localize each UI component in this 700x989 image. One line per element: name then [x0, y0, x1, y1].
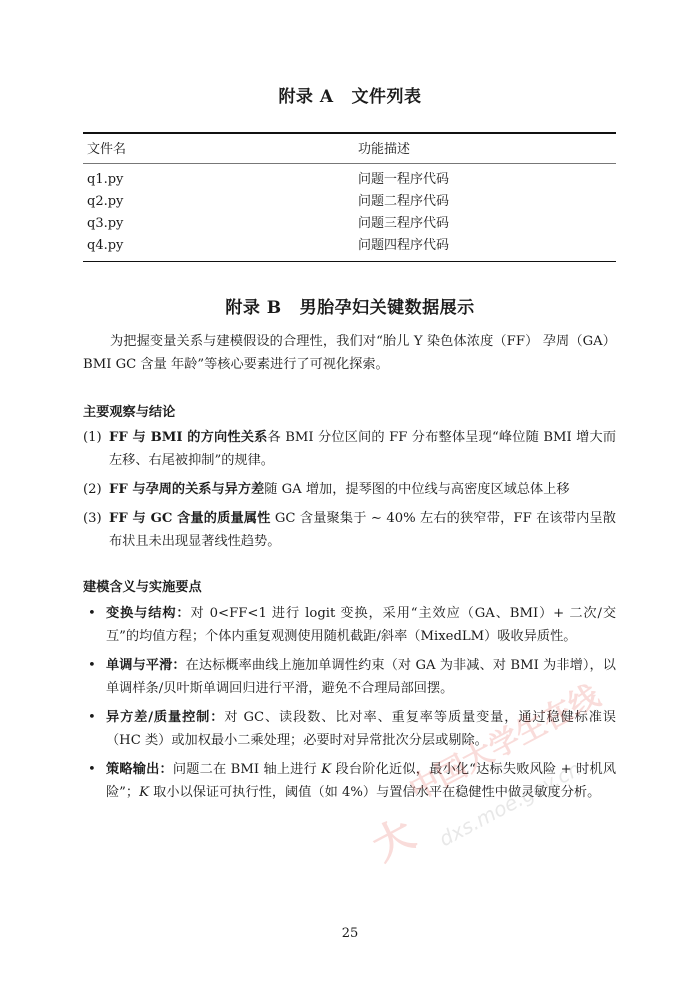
- appendix-a-title: 附录 A文件列表: [0, 82, 700, 107]
- appendix-a-label: 附录 A: [278, 87, 333, 107]
- item-text: 问题二在 BMI 轴上进行: [173, 762, 321, 777]
- cell-description: 问题二程序代码: [358, 191, 616, 213]
- file-list-table: 文件名 功能描述 q1.py 问题一程序代码 q2.py 问题二程序代码 q3.…: [83, 132, 616, 262]
- math-k: K: [139, 785, 149, 800]
- implication-item: • 异方差/质量控制：对 GC、读段数、比对率、重复率等质量变量，通过稳健标准误…: [88, 706, 616, 752]
- implication-item: • 单调与平滑：在达标概率曲线上施加单调性约束（对 GA 为非减、对 BMI 为…: [88, 654, 616, 700]
- observation-item: (3) FF 与 GC 含量的质量属性 GC 含量聚集于 ∼ 40% 左右的狭窄…: [83, 507, 616, 553]
- item-number: (3): [83, 507, 109, 553]
- implications-heading: 建模含义与实施要点: [83, 576, 202, 595]
- cell-description: 问题一程序代码: [358, 169, 616, 191]
- item-bold-lead: 异方差/质量控制：: [106, 710, 224, 725]
- item-bold-lead: FF 与孕周的关系与异方差: [109, 482, 264, 497]
- table-row: q2.py 问题二程序代码: [83, 191, 616, 213]
- observation-item: (2) FF 与孕周的关系与异方差随 GA 增加，提琴图的中位线与高密度区域总体…: [83, 478, 616, 501]
- page-number: 25: [0, 926, 700, 941]
- cell-filename: q1.py: [83, 169, 358, 191]
- item-number: (1): [83, 426, 109, 472]
- header-filename: 文件名: [83, 134, 358, 163]
- bullet-icon: •: [88, 706, 106, 752]
- bullet-icon: •: [88, 758, 106, 804]
- table-bottom-rule: [83, 261, 616, 263]
- cell-filename: q4.py: [83, 235, 358, 257]
- item-bold-lead: 策略输出：: [106, 762, 173, 777]
- item-bold-lead: 单调与平滑：: [106, 658, 186, 673]
- implications-list: • 变换与结构：对 0<FF<1 进行 logit 变换，采用“主效应（GA、B…: [88, 602, 616, 810]
- table-header-row: 文件名 功能描述: [83, 134, 616, 163]
- observations-list: (1) FF 与 BMI 的方向性关系各 BMI 分位区间的 FF 分布整体呈现…: [83, 426, 616, 559]
- item-bold-lead: FF 与 BMI 的方向性关系: [109, 430, 267, 445]
- cell-description: 问题三程序代码: [358, 213, 616, 235]
- item-number: (2): [83, 478, 109, 501]
- cell-description: 问题四程序代码: [358, 235, 616, 257]
- item-bold-lead: FF 与 GC 含量的质量属性: [109, 511, 271, 526]
- observations-heading: 主要观察与结论: [83, 401, 175, 420]
- cell-filename: q2.py: [83, 191, 358, 213]
- appendix-b-title: 附录 B男胎孕妇关键数据展示: [0, 293, 700, 318]
- header-description: 功能描述: [358, 134, 616, 163]
- table-row: q4.py 问题四程序代码: [83, 235, 616, 257]
- math-k: K: [321, 762, 331, 777]
- implication-item: • 变换与结构：对 0<FF<1 进行 logit 变换，采用“主效应（GA、B…: [88, 602, 616, 648]
- appendix-b-label: 附录 B: [225, 298, 281, 318]
- watermark-logo-icon: 大: [361, 803, 415, 857]
- intro-paragraph: 为把握变量关系与建模假设的合理性，我们对“胎儿 Y 染色体浓度（FF） 孕周（G…: [83, 330, 616, 376]
- table-row: q3.py 问题三程序代码: [83, 213, 616, 235]
- appendix-b-heading: 男胎孕妇关键数据展示: [300, 298, 475, 318]
- appendix-a-heading: 文件列表: [352, 87, 422, 107]
- bullet-icon: •: [88, 602, 106, 648]
- implication-item: • 策略输出：问题二在 BMI 轴上进行 K 段台阶化近似，最小化“达标失败风险…: [88, 758, 616, 804]
- observation-item: (1) FF 与 BMI 的方向性关系各 BMI 分位区间的 FF 分布整体呈现…: [83, 426, 616, 472]
- item-bold-lead: 变换与结构：: [106, 606, 191, 621]
- item-text: 取小以保证可执行性，阈值（如 4%）与置信水平在稳健性中做灵敏度分析。: [149, 785, 600, 800]
- bullet-icon: •: [88, 654, 106, 700]
- table-row: q1.py 问题一程序代码: [83, 169, 616, 191]
- cell-filename: q3.py: [83, 213, 358, 235]
- document-page: 附录 A文件列表 文件名 功能描述 q1.py 问题一程序代码 q2.py 问题…: [0, 0, 700, 989]
- item-text: 随 GA 增加，提琴图的中位线与高密度区域总体上移: [264, 482, 569, 497]
